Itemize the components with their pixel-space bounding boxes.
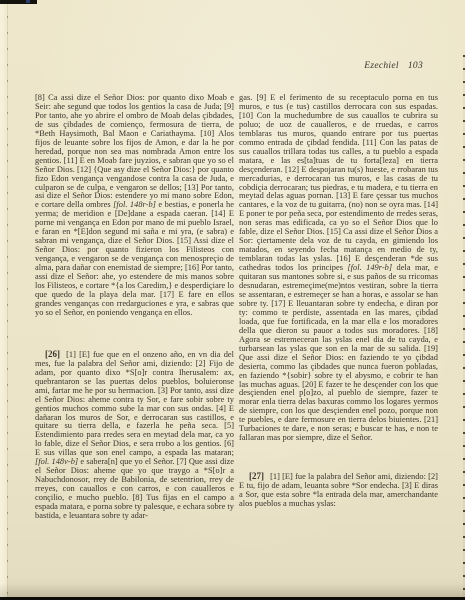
book-page-scan: Ezechiel103 [8] Ca assi dize el Señor Di…	[0, 0, 465, 600]
paragraph-ch26: [26][1] [E] fue que en el onzeno año, en…	[35, 350, 234, 521]
book-title: Ezechiel	[364, 61, 399, 71]
page-bottom-shadow	[0, 583, 465, 597]
verse-text: [1] [E] fue que en el onzeno año, en vn …	[35, 350, 234, 520]
page-number: 103	[408, 61, 423, 71]
paragraph-ch27: [27][1] [E] fue la palabra del Señor ami…	[239, 472, 438, 509]
paragraph-ch25-continuation: [8] Ca assi dize el Señor Dios: por quan…	[35, 94, 234, 318]
text-column-right: gas. [9] E el ferimento de su receptacul…	[239, 94, 438, 509]
page-fold-line	[7, 0, 8, 600]
scan-artifact-top-bar	[0, 0, 37, 4]
paragraph-ch26-continuation: gas. [9] E el ferimento de su receptacul…	[239, 94, 438, 443]
chapter-number-26: [26]	[45, 349, 60, 359]
chapter-number-27: [27]	[249, 471, 264, 481]
scan-artifact-blue-speck	[26, 0, 30, 3]
page-left-edge	[0, 0, 7, 600]
running-header: Ezechiel103	[239, 61, 438, 71]
text-column-left: [8] Ca assi dize el Señor Dios: por quan…	[35, 94, 234, 521]
verse-text: [1] [E] fue la palabra del Señor ami, di…	[239, 472, 438, 508]
